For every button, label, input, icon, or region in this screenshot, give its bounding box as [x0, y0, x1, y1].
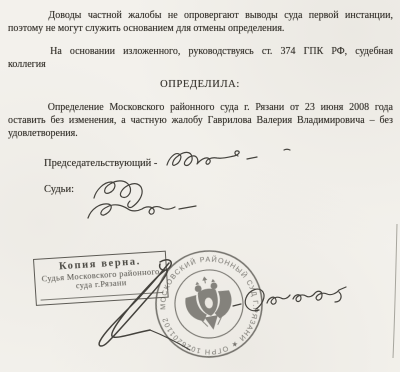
- judges-label: Судьи:: [44, 184, 74, 195]
- presiding-judge-signature: [167, 149, 290, 165]
- seal-graphic: МОСКОВСКИЙ РАЙОННЫЙ СУД Г.РЯЗАНИ ★ ОГРН …: [142, 237, 276, 371]
- paragraph-ruling: ОпределениеМосковскогорайонногосудаг.Ряз…: [8, 102, 393, 140]
- ruling-heading: ОПРЕДЕЛИЛА:: [8, 79, 392, 90]
- double-headed-eagle-emblem: [181, 272, 236, 332]
- paragraph-line: Наоснованииизложенного,руководствуясьст.…: [8, 46, 393, 59]
- judge-2-signature: [88, 204, 196, 218]
- scan-fold-line: [393, 224, 397, 358]
- scanned-court-document: Доводычастнойжалобынеопровергаютвыводысу…: [0, 0, 400, 372]
- paragraph-line: Доводычастнойжалобынеопровергаютвыводысу…: [8, 10, 393, 23]
- paragraph-legal-basis: Наоснованииизложенного,руководствуясьст.…: [8, 46, 393, 72]
- paragraph-line: коллегия: [8, 59, 393, 72]
- paragraph-line: удовлетворения.: [8, 128, 393, 141]
- stamp-signature-line: [41, 292, 164, 301]
- round-official-seal: МОСКОВСКИЙ РАЙОННЫЙ СУД Г.РЯЗАНИ ★ ОГРН …: [142, 237, 276, 371]
- paragraph-line: ОпределениеМосковскогорайонногосудаг.Ряз…: [8, 102, 393, 115]
- presiding-judge-label: Председательствующий -: [44, 158, 157, 169]
- paragraph-line: поэтому не могут служить основанием для …: [8, 23, 393, 36]
- judge-1-signature: [94, 181, 142, 208]
- paragraph-line: оставитьбезизменения,ачастнуюжалобуГаври…: [8, 115, 393, 128]
- paragraph-appeal-arguments: Доводычастнойжалобынеопровергаютвыводысу…: [8, 10, 393, 36]
